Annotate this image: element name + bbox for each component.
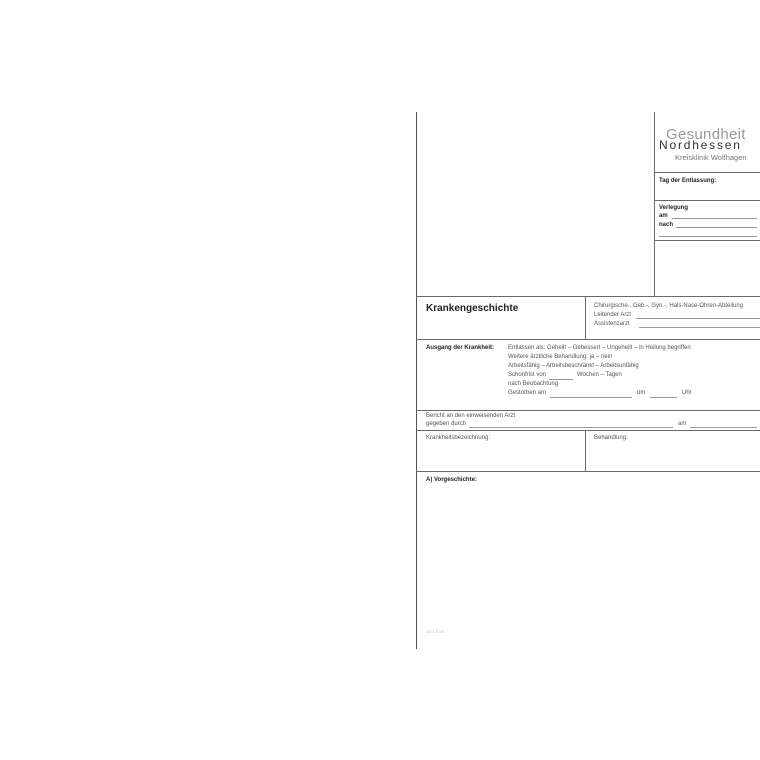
transfer-to-label: nach [659, 221, 673, 230]
died-label: Gestorben am [508, 389, 546, 398]
rest-period-units: Wochen – Tagen [577, 371, 622, 380]
report-date-field[interactable] [690, 427, 757, 428]
logo-line-3: Kreisklinik Wolfhagen [675, 153, 747, 162]
rule [654, 172, 760, 173]
rule [654, 240, 760, 241]
clock-label: Uhr [682, 389, 692, 398]
medical-record-form: Gesundheit Nordhessen Kreisklinik Wolfha… [0, 0, 760, 760]
form-title: Krankengeschichte [426, 303, 518, 314]
given-by-field[interactable] [469, 427, 673, 428]
outcome-line-1: Entlassen als: Geheilt – Gebessert – Ung… [508, 344, 691, 353]
time-label: um [637, 389, 645, 398]
report-date-label: am [678, 420, 686, 429]
left-border [416, 112, 417, 649]
form-code: 2071 8 05 [426, 629, 444, 634]
discharge-day-label: Tag der Entlassung: [659, 177, 716, 186]
after-observation-text: nach Beobachtung [508, 380, 558, 389]
outcome-line-2: Weitere ärztliche Behandlung: ja – nein [508, 353, 612, 362]
header-divider [654, 112, 655, 297]
treatment-label: Behandlung: [594, 434, 628, 443]
chief-physician-field[interactable] [636, 318, 760, 319]
rule [416, 296, 760, 297]
rule [416, 410, 760, 411]
assistant-physician-label: Assistenzarzt [594, 320, 630, 329]
chief-physician-label: Leitender Arzt [594, 311, 631, 320]
outcome-label: Ausgang der Krankheit: [426, 344, 494, 353]
disease-label: Krankheitsbezeichnung: [426, 434, 490, 443]
transfer-date-field[interactable] [672, 218, 757, 219]
diagnosis-divider [585, 430, 586, 471]
rule [654, 200, 760, 201]
assistant-physician-field[interactable] [639, 327, 760, 328]
transfer-date-label: am [659, 212, 668, 221]
died-date-field[interactable] [550, 397, 632, 398]
title-divider [585, 296, 586, 339]
given-by-label: gegeben durch [426, 420, 466, 429]
rest-period-label: Schonfrist von [508, 371, 546, 380]
history-label: A) Vorgeschichte: [426, 476, 477, 485]
rule [416, 430, 760, 431]
logo-line-2: Nordhessen [659, 139, 742, 151]
transfer-extra-field[interactable] [659, 236, 757, 237]
rule [416, 339, 760, 340]
died-time-field[interactable] [650, 397, 677, 398]
rule [416, 471, 760, 472]
transfer-to-field[interactable] [676, 227, 757, 228]
outcome-line-3: Arbeitsfähig – Arbeitsbeschränkt – Arbei… [508, 362, 639, 371]
department-text: Chirurgische-, Geb.-, Gyn.-, Hals-Nase-O… [594, 302, 743, 311]
